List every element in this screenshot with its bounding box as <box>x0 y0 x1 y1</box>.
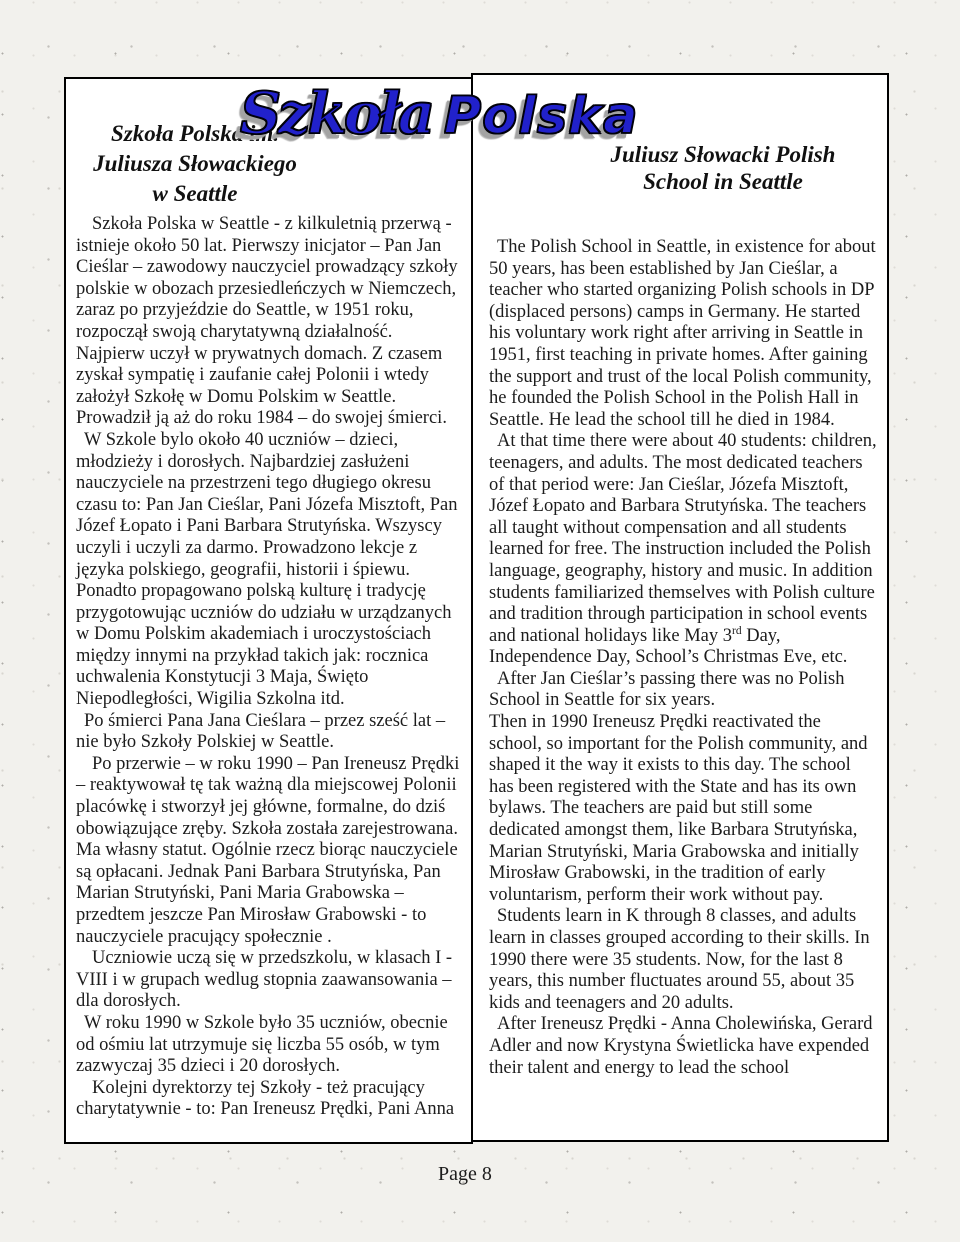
paragraph-pl-1: Szkoła Polska w Seattle - z kilkuletnią … <box>76 214 463 430</box>
english-title: Juliusz Słowacki Polish School in Seattl… <box>573 141 873 195</box>
paragraph-pl-2: W Szkole bylo około 40 uczniów – dzieci,… <box>76 430 463 711</box>
paragraph-en-3: After Jan Cieślar’s passing there was no… <box>489 669 877 712</box>
paragraph-en-4: Then in 1990 Ireneusz Prędki reactivated… <box>489 712 877 906</box>
document-page: { "page": { "number_label": "Page 8", "c… <box>0 0 960 1242</box>
ordinal-superscript: rd <box>732 625 742 637</box>
paragraph-pl-5: Uczniowie uczą się w przedszkolu, w klas… <box>76 948 463 1013</box>
school-logo: SzkołaPolska <box>240 80 639 147</box>
left-column-box: Szkoła Polska im. Juliusza Słowackiego w… <box>64 77 473 1144</box>
right-column-box: Juliusz Słowacki Polish School in Seattl… <box>471 73 889 1142</box>
paragraph-en-2: At that time there were about 40 student… <box>489 431 877 669</box>
paragraph-en-6: After Ireneusz Prędki - Anna Cholewińska… <box>489 1014 877 1079</box>
paragraph-pl-3: Po śmierci Pana Jana Cieślara – przez sz… <box>76 711 463 754</box>
paragraph-en-5: Students learn in K through 8 classes, a… <box>489 906 877 1014</box>
polish-title-line: Juliusza Słowackiego <box>74 149 316 179</box>
english-article-body: The Polish School in Seattle, in existen… <box>473 237 887 1079</box>
english-title-line: School in Seattle <box>573 168 873 195</box>
page-number: Page 8 <box>438 1163 492 1186</box>
logo-word-szkola: Szkoła <box>240 80 432 147</box>
paragraph-en-2-pre: At that time there were about 40 student… <box>489 431 877 645</box>
paragraph-en-1: The Polish School in Seattle, in existen… <box>489 237 877 431</box>
paragraph-pl-7: Kolejni dyrektorzy tej Szkoły - też prac… <box>76 1078 463 1121</box>
logo-word-polska: Polska <box>444 87 639 146</box>
paragraph-pl-6: W roku 1990 w Szkole było 35 uczniów, ob… <box>76 1013 463 1078</box>
paragraph-pl-4: Po przerwie – w roku 1990 – Pan Ireneusz… <box>76 754 463 948</box>
polish-title-line: w Seattle <box>74 179 316 209</box>
polish-article-body: Szkoła Polska w Seattle - z kilkuletnią … <box>66 214 471 1121</box>
